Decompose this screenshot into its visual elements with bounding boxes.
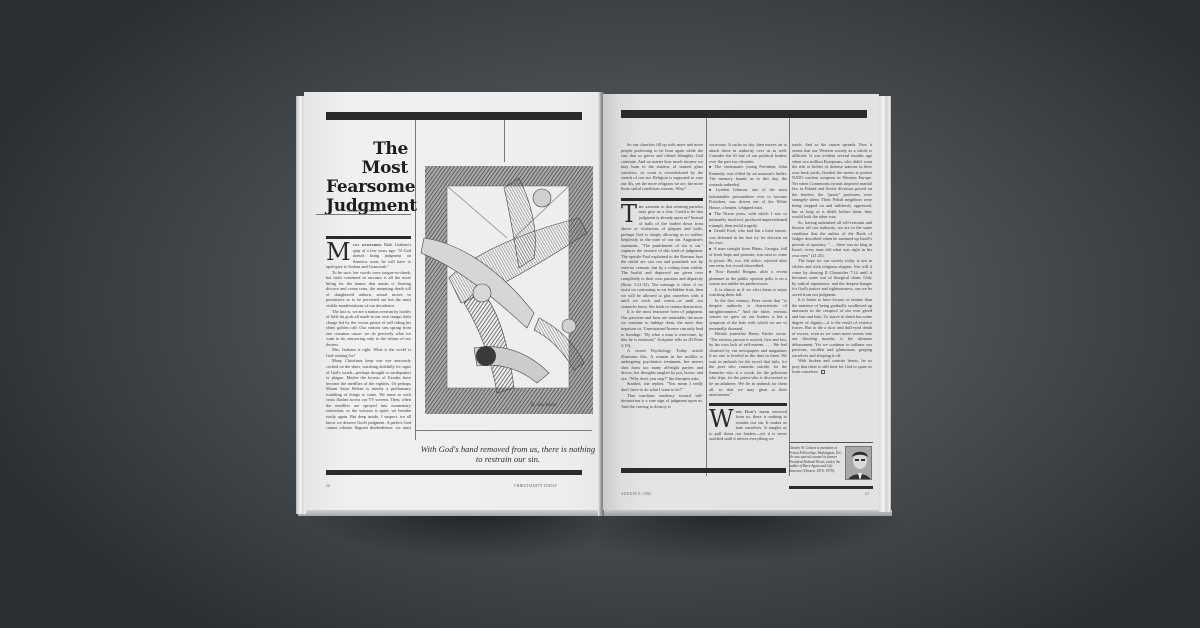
article-title: The Most Fearsome Judgment <box>326 140 408 216</box>
column-rule-2 <box>789 118 790 476</box>
author-bio: Charles W. Colson is president of Prison… <box>789 446 843 474</box>
section-rule <box>326 236 411 239</box>
bullet-item: Now Ronald Reagan, after a recent plumme… <box>709 269 787 287</box>
right-column-3-text: touch. And so the cancer spreads. Now it… <box>792 142 872 438</box>
drop-cap: M <box>326 243 351 261</box>
bio-bottom-rule <box>789 486 873 489</box>
drop-cap: T <box>621 205 637 223</box>
left-page: The Most Fearsome Judgment Charles W. Co… <box>304 92 600 510</box>
article-illustration: H. Stockman <box>419 138 599 420</box>
svg-text:H. Stockman: H. Stockman <box>530 403 557 408</box>
section-rule <box>709 403 787 406</box>
end-mark-icon <box>821 370 825 374</box>
column-rule <box>415 120 416 440</box>
page-number-left: 20 <box>326 484 330 488</box>
page-stack-right <box>602 510 892 516</box>
caption-rule <box>416 430 592 431</box>
right-column-1-text: So our churches fill up with more and mo… <box>621 142 703 474</box>
right-column-2-text: voracious. It sucks us dry, then moves o… <box>709 142 787 474</box>
author-photo <box>845 446 872 480</box>
issue-date: AUGUST 6, 1982 <box>621 492 651 496</box>
running-footer: CHRISTIANITY TODAY <box>514 484 557 488</box>
page-number-right: 21 <box>865 492 869 496</box>
bottom-rule-bar <box>621 468 786 473</box>
author-bio-box: Charles W. Colson is president of Prison… <box>789 442 873 484</box>
section-rule <box>621 198 703 201</box>
right-page: So our churches fill up with more and mo… <box>603 94 879 510</box>
bullet-item: The charismatic young President, John Ke… <box>709 164 787 187</box>
falling-people-illustration-icon: H. Stockman <box>419 138 599 420</box>
bullet-item: Gerald Ford, who had but a brief tenure,… <box>709 228 787 246</box>
column-rule-1 <box>706 118 707 476</box>
top-rule-bar <box>326 112 582 120</box>
page-edges-right <box>879 96 891 512</box>
page-stack-left <box>298 510 598 516</box>
bullet-item: Lyndon Johnson, one of the most indomita… <box>709 187 787 210</box>
top-rule-bar <box>621 110 867 118</box>
drop-cap: W <box>709 410 734 428</box>
bullet-item: The Nixon years, with which I was so int… <box>709 211 787 229</box>
pull-quote-caption: With God's hand removed from us, there i… <box>419 444 597 464</box>
bottom-rule-bar <box>326 470 582 475</box>
left-column-text: Many remember Ruth Graham's quip of a fe… <box>326 242 411 432</box>
bullet-item: A man straight from Plains, Georgia, ful… <box>709 246 787 269</box>
byline: Charles W. Colson <box>316 208 411 215</box>
open-magazine: The Most Fearsome Judgment Charles W. Co… <box>296 92 918 522</box>
author-portrait-icon <box>846 447 872 480</box>
